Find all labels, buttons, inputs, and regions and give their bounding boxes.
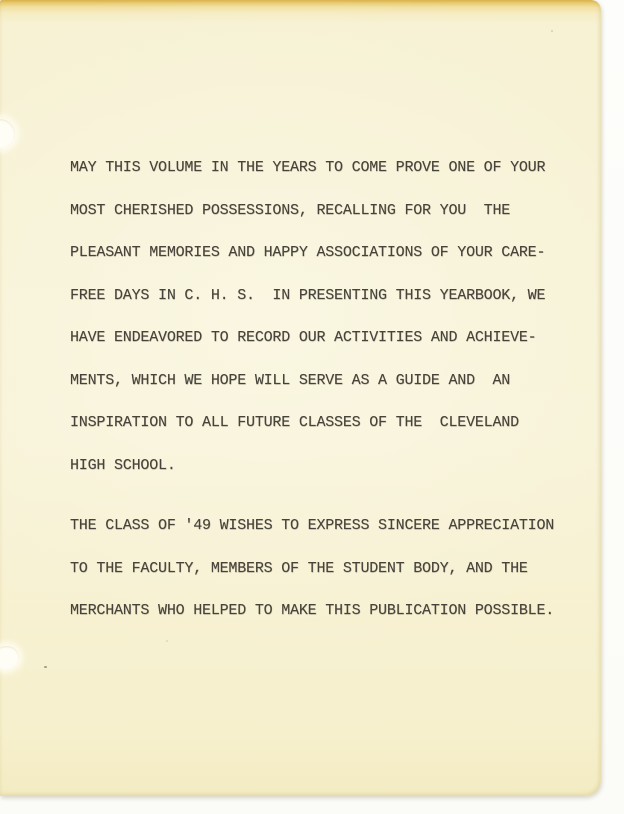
typewritten-line: FREE DAYS IN C. H. S. IN PRESENTING THIS… <box>70 275 545 318</box>
scan-background: MAY THIS VOLUME IN THE YEARS TO COME PRO… <box>0 0 624 814</box>
hole-punch-bottom <box>0 644 20 670</box>
typewritten-line: MENTS, WHICH WE HOPE WILL SERVE AS A GUI… <box>70 360 545 403</box>
appreciation-paragraph: THE CLASS OF '49 WISHES TO EXPRESS SINCE… <box>70 505 554 633</box>
hole-punch-top <box>0 119 15 148</box>
typewritten-line: PLEASANT MEMORIES AND HAPPY ASSOCIATIONS… <box>70 232 545 275</box>
scanned-page: MAY THIS VOLUME IN THE YEARS TO COME PRO… <box>0 0 601 796</box>
typewritten-line: THE CLASS OF '49 WISHES TO EXPRESS SINCE… <box>70 505 554 548</box>
paper-speck <box>44 666 47 668</box>
typewritten-line: TO THE FACULTY, MEMBERS OF THE STUDENT B… <box>70 548 554 591</box>
typewritten-line: MAY THIS VOLUME IN THE YEARS TO COME PRO… <box>70 147 545 190</box>
typewritten-line: MOST CHERISHED POSSESSIONS, RECALLING FO… <box>70 190 545 233</box>
dedication-paragraph: MAY THIS VOLUME IN THE YEARS TO COME PRO… <box>70 147 545 487</box>
paper-speck <box>166 640 168 642</box>
typewritten-line: MERCHANTS WHO HELPED TO MAKE THIS PUBLIC… <box>70 590 554 633</box>
typewritten-line: INSPIRATION TO ALL FUTURE CLASSES OF THE… <box>70 402 545 445</box>
paper-speck <box>551 30 553 32</box>
typewritten-line: HAVE ENDEAVORED TO RECORD OUR ACTIVITIES… <box>70 317 545 360</box>
typewritten-line: HIGH SCHOOL. <box>70 445 545 488</box>
